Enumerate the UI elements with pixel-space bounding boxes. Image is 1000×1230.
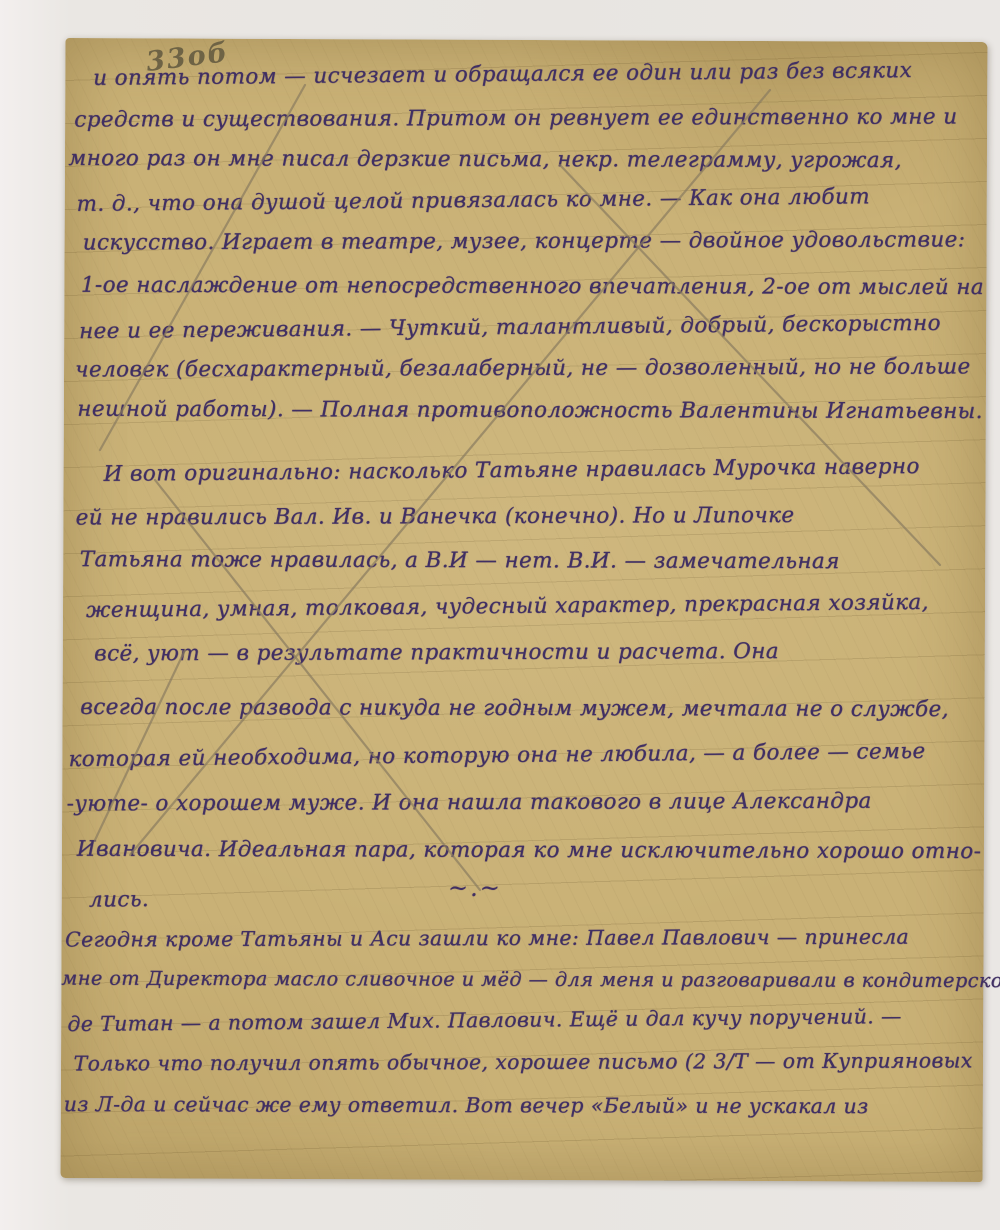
manuscript-line: всё, уют — в результате практичности и р…: [94, 641, 779, 665]
manuscript-line: Сегодня кроме Татьяны и Аси зашли ко мне…: [65, 927, 909, 950]
manuscript-line: Татьяна тоже нравилась, а В.И — нет. В.И…: [80, 549, 840, 572]
manuscript-line: де Титан — а потом зашел Мих. Павлович. …: [67, 1006, 902, 1034]
manuscript-line: мне от Директора масло сливочное и мёд —…: [61, 969, 1000, 991]
manuscript-text: и опять потом — исчезает и обращался ее …: [0, 0, 1000, 1230]
photo-backdrop: 33об и опять потом — исчезает и обращалс…: [0, 0, 1000, 1230]
manuscript-line: всегда после развода с никуда не годным …: [80, 697, 949, 721]
manuscript-line: женщина, умная, толковая, чудесный харак…: [86, 592, 929, 622]
manuscript-line: человек (бесхарактерный, безалаберный, н…: [75, 356, 970, 381]
manuscript-line: искусство. Играет в театре, музее, конце…: [83, 229, 966, 254]
manuscript-line: нешной работы). — Полная противоположнос…: [77, 399, 983, 423]
manuscript-line: много раз он мне писал дерзкие письма, н…: [68, 148, 901, 172]
section-separator-mark: ~.~: [448, 874, 502, 902]
manuscript-line: 1-ое наслаждение от непосредственного вп…: [81, 275, 984, 299]
manuscript-line: Только что получил опять обычное, хороше…: [74, 1050, 973, 1074]
manuscript-line: и опять потом — исчезает и обращался ее …: [93, 60, 912, 89]
manuscript-line: которая ей необходима, но которую она не…: [68, 741, 925, 771]
manuscript-line: средств и существования. Притом он ревну…: [74, 106, 957, 131]
manuscript-line: ей не нравились Вал. Ив. и Ванечка (коне…: [76, 505, 795, 529]
manuscript-line: лись.: [89, 889, 149, 911]
manuscript-line: т. д., что она душой целой привязалась к…: [76, 186, 870, 215]
manuscript-line: -уюте- о хорошем муже. И она нашла таков…: [67, 791, 872, 815]
manuscript-line: И вот оригинально: насколько Татьяне нра…: [103, 456, 919, 485]
manuscript-line: Ивановича. Идеальная пара, которая ко мн…: [77, 839, 982, 863]
manuscript-line: из Л-да и сейчас же ему ответил. Вот веч…: [64, 1094, 869, 1117]
manuscript-line: нее и ее переживания. — Чуткий, талантли…: [79, 313, 941, 343]
